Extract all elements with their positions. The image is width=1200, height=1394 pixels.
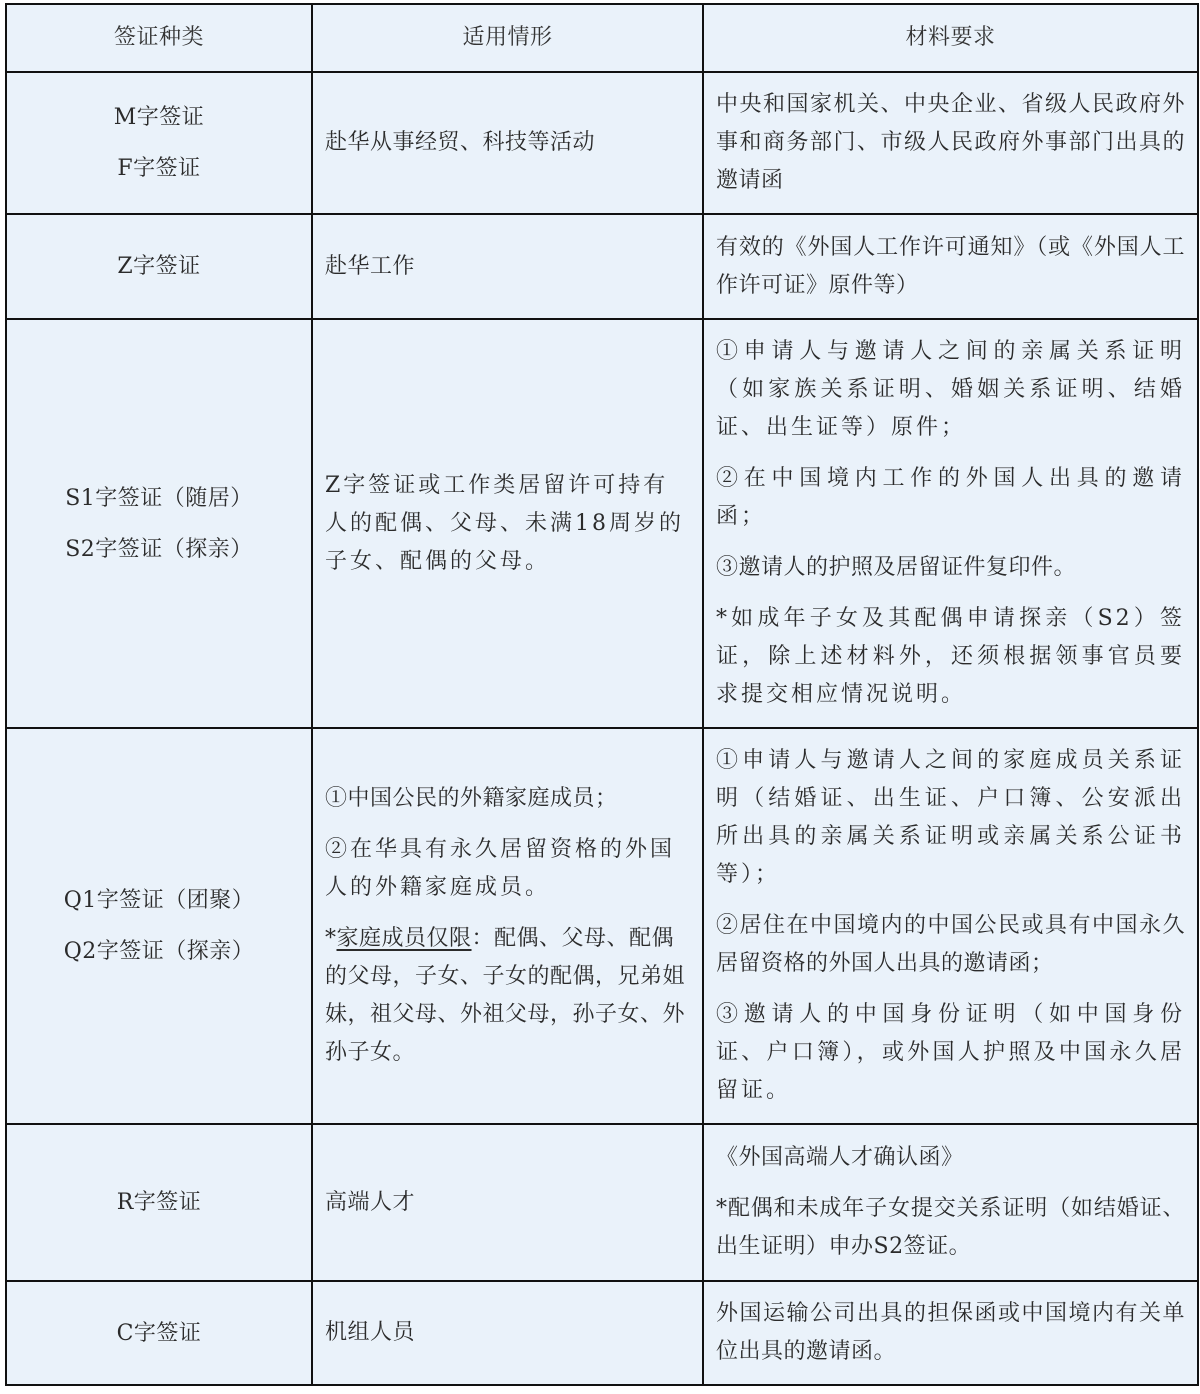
situation-item-1: ①中国公民的外籍家庭成员； (325, 780, 690, 818)
visa-type-label: S2字签证（探亲） (19, 524, 299, 575)
requirements-cell: ①申请人与邀请人之间的亲属关系证明（如家族关系证明、婚姻关系证明、结婚证、出生证… (703, 319, 1198, 728)
family-member-definition-label: 家庭成员仅限 (337, 926, 472, 951)
situation-cell: 赴华工作 (312, 214, 703, 319)
table-row-q1-q2-visa: Q1字签证（团聚） Q2字签证（探亲） ①中国公民的外籍家庭成员； ②在华具有永… (6, 728, 1198, 1124)
visa-type-label: R字签证 (19, 1177, 299, 1228)
requirement-text: 有效的《外国人工作许可通知》（或《外国人工作许可证》原件等） (716, 229, 1185, 305)
requirements-cell: 中央和国家机关、中央企业、省级人民政府外事和商务部门、市级人民政府外事部门出具的… (703, 72, 1198, 214)
family-member-note: *家庭成员仅限：配偶、父母、配偶的父母，子女、子女的配偶，兄弟姐妹，祖父母、外祖… (325, 920, 690, 1072)
situation-cell: ①中国公民的外籍家庭成员； ②在华具有永久居留资格的外国人的外籍家庭成员。 *家… (312, 728, 703, 1124)
requirement-note: *如成年子女及其配偶申请探亲（S2）签证，除上述材料外，还须根据领事官员要求提交… (716, 600, 1185, 714)
table-row-c-visa: C字签证 机组人员 外国运输公司出具的担保函或中国境内有关单位出具的邀请函。 (6, 1281, 1198, 1385)
visa-type-cell: C字签证 (6, 1281, 312, 1385)
requirements-cell: ①申请人与邀请人之间的家庭成员关系证明（结婚证、出生证、户口簿、公安派出所出具的… (703, 728, 1198, 1124)
situation-text: 赴华从事经贸、科技等活动 (325, 124, 690, 162)
visa-type-label: F字签证 (19, 143, 299, 194)
requirement-item-1: ①申请人与邀请人之间的亲属关系证明（如家族关系证明、婚姻关系证明、结婚证、出生证… (716, 333, 1185, 447)
situation-item-2: ②在华具有永久居留资格的外国人的外籍家庭成员。 (325, 831, 690, 907)
note-asterisk: * (325, 926, 337, 951)
visa-type-label: S1字签证（随居） (19, 473, 299, 524)
header-visa-type: 签证种类 (6, 4, 312, 72)
requirement-item-2: ②居住在中国境内的中国公民或具有中国永久居留资格的外国人出具的邀请函； (716, 907, 1185, 983)
visa-type-label: M字签证 (19, 92, 299, 143)
visa-type-label: Z字签证 (19, 241, 299, 292)
requirement-item-1: 《外国高端人才确认函》 (716, 1139, 1185, 1177)
situation-text: Z字签证或工作类居留许可持有人的配偶、父母、未满18周岁的子女、配偶的父母。 (325, 467, 690, 581)
requirement-text: 中央和国家机关、中央企业、省级人民政府外事和商务部门、市级人民政府外事部门出具的… (716, 86, 1185, 200)
situation-text: 高端人才 (325, 1184, 690, 1222)
visa-type-cell: S1字签证（随居） S2字签证（探亲） (6, 319, 312, 728)
situation-text: 机组人员 (325, 1314, 690, 1352)
table-row-z-visa: Z字签证 赴华工作 有效的《外国人工作许可通知》（或《外国人工作许可证》原件等） (6, 214, 1198, 319)
situation-cell: 机组人员 (312, 1281, 703, 1385)
header-applicable-situation: 适用情形 (312, 4, 703, 72)
requirement-text: 外国运输公司出具的担保函或中国境内有关单位出具的邀请函。 (716, 1295, 1185, 1371)
situation-cell: Z字签证或工作类居留许可持有人的配偶、父母、未满18周岁的子女、配偶的父母。 (312, 319, 703, 728)
requirement-item-3: ③邀请人的中国身份证明（如中国身份证、户口簿），或外国人护照及中国永久居留证。 (716, 996, 1185, 1110)
header-material-requirements: 材料要求 (703, 4, 1198, 72)
visa-type-cell: Q1字签证（团聚） Q2字签证（探亲） (6, 728, 312, 1124)
requirements-cell: 外国运输公司出具的担保函或中国境内有关单位出具的邀请函。 (703, 1281, 1198, 1385)
requirement-item-1: ①申请人与邀请人之间的家庭成员关系证明（结婚证、出生证、户口簿、公安派出所出具的… (716, 742, 1185, 894)
visa-type-label: Q2字签证（探亲） (19, 926, 299, 977)
visa-type-cell: M字签证 F字签证 (6, 72, 312, 214)
table-row-r-visa: R字签证 高端人才 《外国高端人才确认函》 *配偶和未成年子女提交关系证明（如结… (6, 1124, 1198, 1281)
visa-type-label: Q1字签证（团聚） (19, 875, 299, 926)
situation-text: 赴华工作 (325, 248, 690, 286)
requirement-item-2: ②在中国境内工作的外国人出具的邀请函； (716, 460, 1185, 536)
situation-cell: 高端人才 (312, 1124, 703, 1281)
visa-requirements-table: 签证种类 适用情形 材料要求 M字签证 F字签证 赴华从事经贸、科技等活动 中央… (5, 3, 1199, 1386)
table-row-m-f-visa: M字签证 F字签证 赴华从事经贸、科技等活动 中央和国家机关、中央企业、省级人民… (6, 72, 1198, 214)
situation-cell: 赴华从事经贸、科技等活动 (312, 72, 703, 214)
visa-type-cell: R字签证 (6, 1124, 312, 1281)
requirements-cell: 《外国高端人才确认函》 *配偶和未成年子女提交关系证明（如结婚证、出生证明）申办… (703, 1124, 1198, 1281)
table-row-s1-s2-visa: S1字签证（随居） S2字签证（探亲） Z字签证或工作类居留许可持有人的配偶、父… (6, 319, 1198, 728)
requirement-item-3: ③邀请人的护照及居留证件复印件。 (716, 549, 1185, 587)
requirement-note: *配偶和未成年子女提交关系证明（如结婚证、出生证明）申办S2签证。 (716, 1190, 1185, 1266)
visa-type-label: C字签证 (19, 1308, 299, 1359)
requirements-cell: 有效的《外国人工作许可通知》（或《外国人工作许可证》原件等） (703, 214, 1198, 319)
visa-type-cell: Z字签证 (6, 214, 312, 319)
table-header-row: 签证种类 适用情形 材料要求 (6, 4, 1198, 72)
